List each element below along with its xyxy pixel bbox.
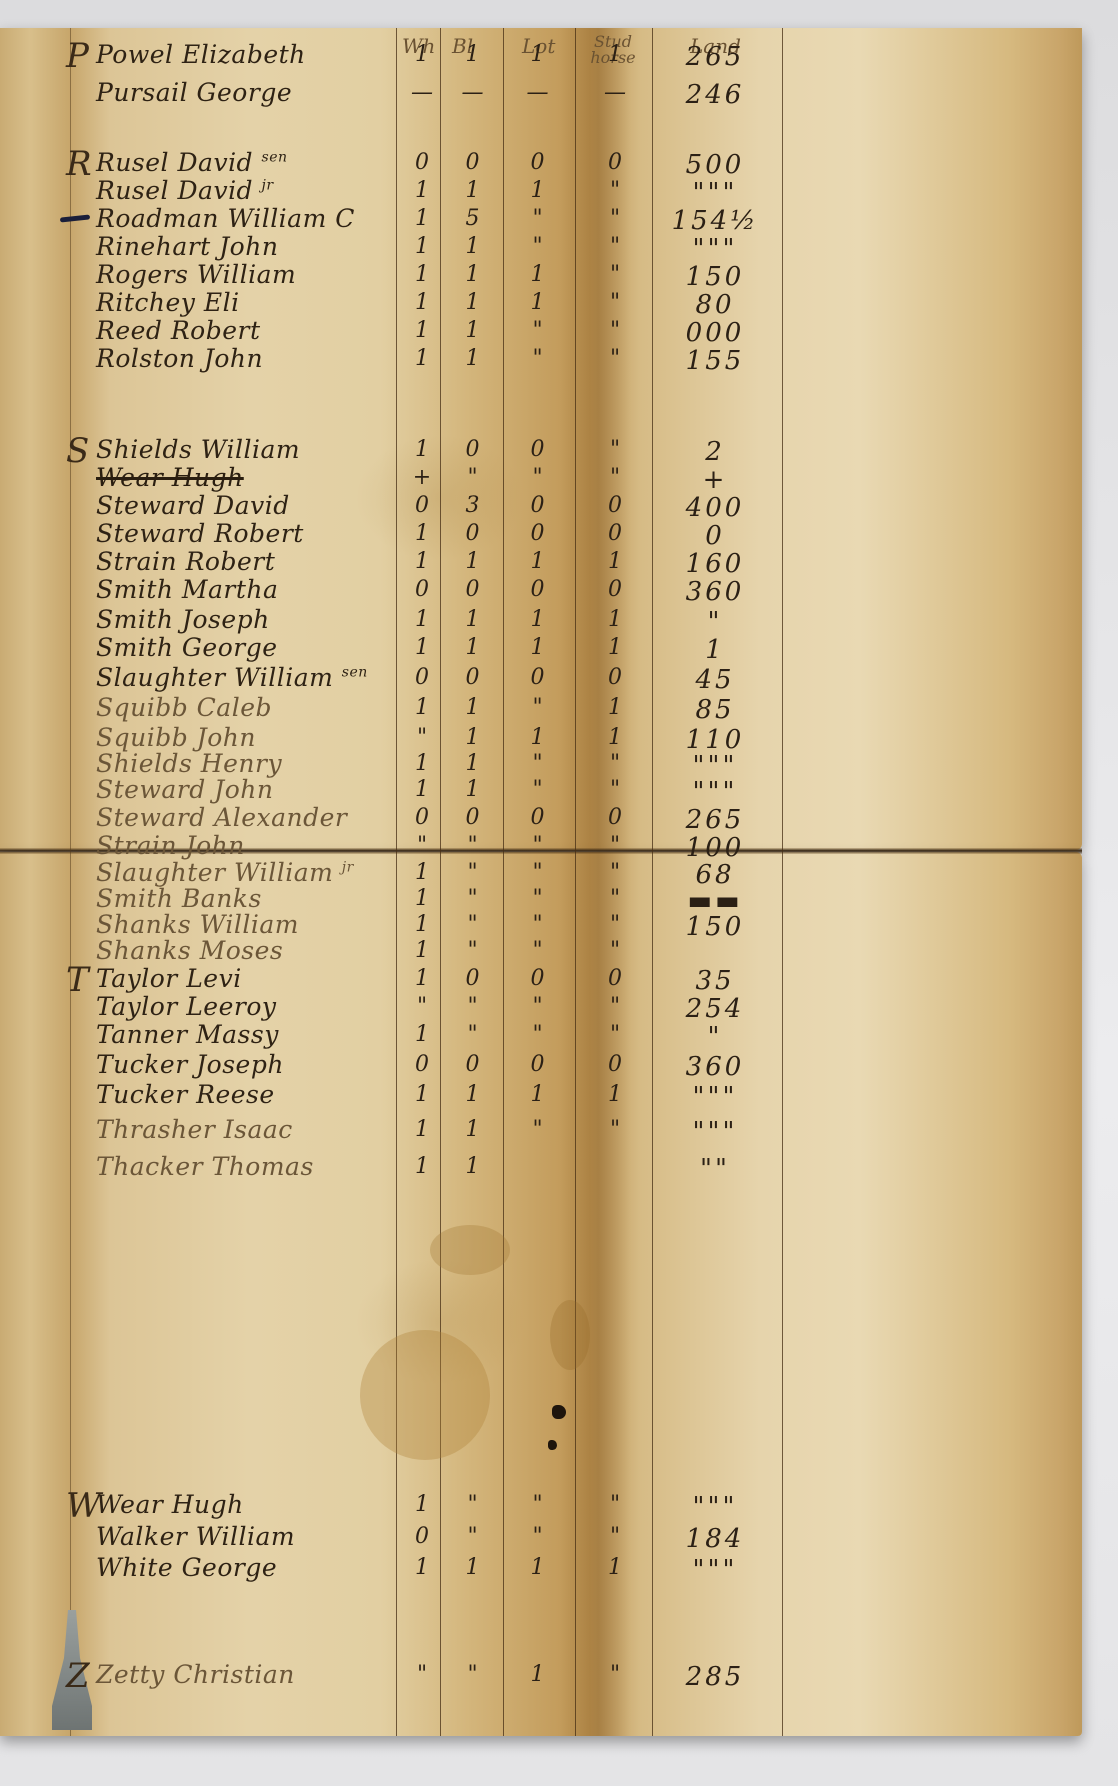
cell-wh: 1 — [402, 290, 442, 315]
cell-lot: " — [510, 886, 565, 911]
cell-lot: 0 — [510, 437, 565, 462]
name-text: Rinehart John — [96, 232, 278, 261]
cell-stud-horse: " — [585, 262, 645, 287]
cell-stud-horse: " — [585, 1662, 645, 1687]
taxpayer-name: Rusel David jr — [96, 176, 274, 205]
cell-land: 265 — [660, 42, 770, 72]
cell-wh: 1 — [402, 1154, 442, 1179]
cell-stud-horse: 1 — [585, 635, 645, 660]
cell-bl: " — [445, 465, 500, 490]
cell-bl: 0 — [445, 805, 500, 830]
taxpayer-name: Tucker Reese — [96, 1080, 275, 1109]
ledger-row: Smith Joseph 1111" — [0, 605, 1082, 633]
cell-lot: 0 — [510, 577, 565, 602]
cell-wh: 1 — [402, 695, 442, 720]
cell-bl: " — [445, 1022, 500, 1047]
cell-lot: 1 — [510, 607, 565, 632]
cell-bl: 1 — [445, 1117, 500, 1142]
cell-stud-horse: " — [585, 290, 645, 315]
cell-lot: 0 — [510, 805, 565, 830]
cell-lot: 1 — [510, 290, 565, 315]
cell-bl: 0 — [445, 437, 500, 462]
cell-stud-horse: 1 — [585, 1555, 645, 1580]
name-text: Shields William — [96, 435, 300, 464]
cell-wh: " — [402, 1662, 442, 1687]
cell-wh: " — [402, 725, 442, 750]
cell-stud-horse: 0 — [585, 665, 645, 690]
name-text: Strain John — [96, 831, 245, 860]
cell-lot: " — [510, 912, 565, 937]
name-text: Taylor Levi — [96, 964, 242, 993]
ink-blot — [548, 1440, 557, 1450]
cell-stud-horse: " — [585, 938, 645, 963]
ledger-row: Roadman William C 15""154½ — [0, 204, 1082, 232]
taxpayer-name: Smith Banks — [96, 884, 262, 913]
ledger-row: Tucker Reese 1111""" — [0, 1080, 1082, 1108]
ledger-row: Walker William 0"""184 — [0, 1522, 1082, 1550]
name-suffix: sen — [262, 150, 288, 166]
name-text: Shields Henry — [96, 749, 282, 778]
name-text: Wear Hugh — [96, 463, 244, 492]
cell-stud-horse: 1 — [585, 695, 645, 720]
ledger-row: Thacker Thomas 11"" — [0, 1152, 1082, 1180]
cell-bl: " — [445, 938, 500, 963]
cell-bl: 0 — [445, 150, 500, 175]
alphabet-section-letter: P — [66, 36, 89, 76]
name-text: Squibb Caleb — [96, 693, 272, 722]
ledger-row: Smith Banks 1"""▬▬ — [0, 884, 1082, 912]
cell-wh: 1 — [402, 1022, 442, 1047]
name-text: Slaughter William — [96, 858, 333, 887]
name-text: Roadman William C — [96, 204, 355, 233]
cell-stud-horse: 0 — [585, 805, 645, 830]
cell-lot: " — [510, 1524, 565, 1549]
ledger-row: Thrasher Isaac 11""""" — [0, 1115, 1082, 1143]
name-text: Rolston John — [96, 344, 263, 373]
cell-lot: " — [510, 1022, 565, 1047]
cell-wh: 1 — [402, 549, 442, 574]
cell-stud-horse: 0 — [585, 150, 645, 175]
ledger-row: Taylor Leeroy """"254 — [0, 992, 1082, 1020]
cell-stud-horse: " — [585, 465, 645, 490]
cell-bl: 1 — [445, 1082, 500, 1107]
ledger-row: Pursail George ————246 — [0, 78, 1082, 106]
ink-marker-dash — [60, 214, 90, 222]
cell-bl: 1 — [445, 42, 500, 67]
cell-lot: " — [510, 751, 565, 776]
cell-stud-horse: " — [585, 994, 645, 1019]
cell-wh: 1 — [402, 262, 442, 287]
ledger-row: Slaughter William sen000045 — [0, 663, 1082, 691]
ledger-row: Steward John 11""""" — [0, 775, 1082, 803]
taxpayer-name: Roadman William C — [96, 204, 355, 233]
cell-wh: 1 — [402, 1117, 442, 1142]
name-suffix: sen — [342, 665, 368, 681]
cell-bl: — — [445, 80, 500, 105]
cell-bl: " — [445, 860, 500, 885]
cell-bl: 1 — [445, 725, 500, 750]
cell-stud-horse: " — [585, 751, 645, 776]
cell-stud-horse: " — [585, 1492, 645, 1517]
cell-bl: " — [445, 1524, 500, 1549]
name-text: Steward Alexander — [96, 803, 347, 832]
cell-lot: 1 — [510, 42, 565, 67]
cell-wh: 1 — [402, 346, 442, 371]
name-text: Smith Joseph — [96, 605, 270, 634]
cell-bl: 1 — [445, 751, 500, 776]
ledger-row: Shields Henry 11""""" — [0, 749, 1082, 777]
taxpayer-name: Shields Henry — [96, 749, 282, 778]
cell-lot: " — [510, 346, 565, 371]
name-text: Taylor Leeroy — [96, 992, 277, 1021]
ledger-row: Rogers William 111"150 — [0, 260, 1082, 288]
name-text: Tucker Joseph — [96, 1050, 284, 1079]
cell-lot: 1 — [510, 635, 565, 660]
cell-stud-horse: 0 — [585, 521, 645, 546]
cell-stud-horse: " — [585, 1117, 645, 1142]
cell-land: 360 — [660, 577, 770, 607]
cell-lot: 0 — [510, 1052, 565, 1077]
water-stain — [360, 1330, 490, 1460]
ledger-row: White George 1111""" — [0, 1553, 1082, 1581]
cell-lot: " — [510, 206, 565, 231]
cell-land: """ — [660, 1555, 770, 1585]
cell-wh: 1 — [402, 635, 442, 660]
cell-bl: 0 — [445, 665, 500, 690]
cell-wh: 0 — [402, 665, 442, 690]
cell-bl: 1 — [445, 635, 500, 660]
cell-lot: — — [510, 80, 565, 105]
taxpayer-name: Steward David — [96, 491, 290, 520]
cell-land: 285 — [660, 1662, 770, 1692]
cell-bl: 1 — [445, 549, 500, 574]
cell-lot: " — [510, 833, 565, 858]
cell-wh: " — [402, 994, 442, 1019]
cell-land: 155 — [660, 346, 770, 376]
cell-wh: + — [402, 465, 442, 490]
cell-stud-horse: " — [585, 886, 645, 911]
cell-lot: 1 — [510, 1555, 565, 1580]
name-text: Thrasher Isaac — [96, 1115, 293, 1144]
ledger-row: Rusel David jr111"""" — [0, 176, 1082, 204]
name-text: Strain Robert — [96, 547, 275, 576]
taxpayer-name: Squibb John — [96, 723, 256, 752]
name-text: Zetty Christian — [96, 1660, 295, 1689]
taxpayer-name: White George — [96, 1553, 277, 1582]
cell-bl: 1 — [445, 318, 500, 343]
cell-stud-horse: " — [585, 1524, 645, 1549]
cell-lot: 0 — [510, 521, 565, 546]
taxpayer-name: Tucker Joseph — [96, 1050, 284, 1079]
cell-bl: " — [445, 1662, 500, 1687]
cell-wh: 1 — [402, 1492, 442, 1517]
cell-wh: 1 — [402, 234, 442, 259]
name-text: Smith Banks — [96, 884, 262, 913]
cell-land: " — [660, 1022, 770, 1052]
cell-land: 246 — [660, 80, 770, 110]
cell-stud-horse: 0 — [585, 966, 645, 991]
cell-stud-horse: 1 — [585, 549, 645, 574]
taxpayer-name: Reed Robert — [96, 316, 261, 345]
cell-bl: 0 — [445, 577, 500, 602]
taxpayer-name: Rinehart John — [96, 232, 278, 261]
cell-stud-horse: " — [585, 860, 645, 885]
cell-bl: 1 — [445, 695, 500, 720]
taxpayer-name: Strain Robert — [96, 547, 275, 576]
cell-land: """ — [660, 1117, 770, 1147]
cell-bl: 1 — [445, 607, 500, 632]
cell-lot: 0 — [510, 150, 565, 175]
cell-stud-horse: 1 — [585, 1082, 645, 1107]
cell-bl: 0 — [445, 1052, 500, 1077]
name-text: Rogers William — [96, 260, 296, 289]
ledger-row: Shanks Moses 1""" — [0, 936, 1082, 964]
cell-bl: 1 — [445, 1555, 500, 1580]
taxpayer-name: Rolston John — [96, 344, 263, 373]
cell-lot: 0 — [510, 966, 565, 991]
name-text: Tucker Reese — [96, 1080, 275, 1109]
name-text: Squibb John — [96, 723, 256, 752]
ledger-row: Reed Robert 11""000 — [0, 316, 1082, 344]
name-text: Wear Hugh — [96, 1490, 244, 1519]
taxpayer-name: Squibb Caleb — [96, 693, 272, 722]
cell-stud-horse: 1 — [585, 725, 645, 750]
ledger-row: Tucker Joseph 0000360 — [0, 1050, 1082, 1078]
cell-lot: " — [510, 465, 565, 490]
ledger-row: Strain Robert 1111160 — [0, 547, 1082, 575]
name-text: Tanner Massy — [96, 1020, 279, 1049]
cell-land: 360 — [660, 1052, 770, 1082]
cell-bl: 1 — [445, 178, 500, 203]
taxpayer-name: Strain John — [96, 831, 245, 860]
cell-lot: 1 — [510, 262, 565, 287]
name-text: Shanks Moses — [96, 936, 283, 965]
taxpayer-name: Zetty Christian — [96, 1660, 295, 1689]
cell-bl: " — [445, 912, 500, 937]
taxpayer-name: Ritchey Eli — [96, 288, 240, 317]
cell-bl: " — [445, 994, 500, 1019]
alphabet-section-letter: Z — [66, 1656, 90, 1696]
cell-land: 85 — [660, 695, 770, 725]
ledger-row: Shanks William 1"""150 — [0, 910, 1082, 938]
cell-wh: 1 — [402, 178, 442, 203]
cell-bl: 1 — [445, 262, 500, 287]
cell-stud-horse: 0 — [585, 577, 645, 602]
taxpayer-name: Smith Martha — [96, 575, 278, 604]
taxpayer-name: Rogers William — [96, 260, 296, 289]
cell-bl: 1 — [445, 777, 500, 802]
cell-lot: 1 — [510, 549, 565, 574]
cell-bl: 0 — [445, 521, 500, 546]
ledger-row: Slaughter William jr1"""68 — [0, 858, 1082, 886]
cell-wh: 1 — [402, 206, 442, 231]
ledger-row: Ritchey Eli 111"80 — [0, 288, 1082, 316]
taxpayer-name: Tanner Massy — [96, 1020, 279, 1049]
cell-bl: 1 — [445, 1154, 500, 1179]
cell-stud-horse: " — [585, 234, 645, 259]
name-suffix: jr — [262, 178, 274, 194]
cell-lot: " — [510, 994, 565, 1019]
cell-wh: " — [402, 833, 442, 858]
taxpayer-name: Smith Joseph — [96, 605, 270, 634]
cell-wh: 1 — [402, 521, 442, 546]
ink-blot — [552, 1405, 566, 1419]
taxpayer-name: Smith George — [96, 633, 278, 662]
cell-lot: 0 — [510, 493, 565, 518]
cell-stud-horse: " — [585, 1022, 645, 1047]
name-text: Ritchey Eli — [96, 288, 240, 317]
cell-bl: 1 — [445, 234, 500, 259]
name-text: Slaughter William — [96, 663, 333, 692]
cell-land: "" — [660, 1154, 770, 1184]
cell-wh: 0 — [402, 1524, 442, 1549]
cell-stud-horse: " — [585, 178, 645, 203]
cell-lot: 1 — [510, 178, 565, 203]
name-text: Walker William — [96, 1522, 295, 1551]
cell-stud-horse: " — [585, 777, 645, 802]
cell-stud-horse: " — [585, 437, 645, 462]
ledger-row: ZZetty Christian ""1"285 — [0, 1660, 1082, 1688]
cell-bl: 5 — [445, 206, 500, 231]
taxpayer-name: Taylor Levi — [96, 964, 242, 993]
cell-wh: 0 — [402, 493, 442, 518]
taxpayer-name: Pursail George — [96, 78, 292, 107]
ledger-row: Rinehart John 11""""" — [0, 232, 1082, 260]
cell-wh: 0 — [402, 150, 442, 175]
cell-bl: 1 — [445, 346, 500, 371]
cell-land: 1 — [660, 635, 770, 665]
taxpayer-name: Powel Elizabeth — [96, 40, 306, 69]
name-text: Shanks William — [96, 910, 299, 939]
cell-stud-horse: 1 — [585, 42, 645, 67]
ledger-row: TTaylor Levi 100035 — [0, 964, 1082, 992]
cell-land: 45 — [660, 665, 770, 695]
ledger-row: PPowel Elizabeth 1111265 — [0, 40, 1082, 68]
name-text: Smith Martha — [96, 575, 278, 604]
cell-lot: 0 — [510, 665, 565, 690]
cell-stud-horse: 0 — [585, 493, 645, 518]
taxpayer-name: Thacker Thomas — [96, 1152, 314, 1181]
cell-wh: — — [402, 80, 442, 105]
cell-wh: 1 — [402, 966, 442, 991]
cell-wh: 1 — [402, 912, 442, 937]
name-text: Powel Elizabeth — [96, 40, 306, 69]
taxpayer-name: Taylor Leeroy — [96, 992, 277, 1021]
cell-wh: 1 — [402, 938, 442, 963]
cell-stud-horse: 1 — [585, 607, 645, 632]
cell-stud-horse: " — [585, 206, 645, 231]
taxpayer-name: Wear Hugh — [96, 463, 244, 492]
taxpayer-name: Slaughter William sen — [96, 663, 368, 692]
ledger-row: Smith George 11111 — [0, 633, 1082, 661]
cell-bl: 0 — [445, 966, 500, 991]
cell-stud-horse: " — [585, 833, 645, 858]
name-text: Smith George — [96, 633, 278, 662]
cell-bl: " — [445, 1492, 500, 1517]
cell-lot: 1 — [510, 725, 565, 750]
cell-wh: 1 — [402, 42, 442, 67]
name-text: Rusel David — [96, 148, 253, 177]
cell-bl: " — [445, 886, 500, 911]
cell-lot: " — [510, 777, 565, 802]
cell-lot: " — [510, 1117, 565, 1142]
cell-wh: 0 — [402, 1052, 442, 1077]
cell-lot: 1 — [510, 1662, 565, 1687]
ledger-row: Tanner Massy 1"""" — [0, 1020, 1082, 1048]
name-text: White George — [96, 1553, 277, 1582]
taxpayer-name: Shanks William — [96, 910, 299, 939]
taxpayer-name: Steward Alexander — [96, 803, 347, 832]
cell-land: 184 — [660, 1524, 770, 1554]
cell-lot: 1 — [510, 1082, 565, 1107]
taxpayer-name: Thrasher Isaac — [96, 1115, 293, 1144]
ledger-row: Strain John """"100 — [0, 831, 1082, 859]
cell-lot: " — [510, 234, 565, 259]
water-stain — [550, 1300, 590, 1370]
name-text: Steward David — [96, 491, 290, 520]
cell-land: """ — [660, 1492, 770, 1522]
ledger-row: Squibb John "111110 — [0, 723, 1082, 751]
cell-wh: 1 — [402, 751, 442, 776]
cell-lot: " — [510, 1492, 565, 1517]
ledger-row: Rolston John 11""155 — [0, 344, 1082, 372]
cell-wh: 1 — [402, 437, 442, 462]
ledger-row: RRusel David sen0000500 — [0, 148, 1082, 176]
cell-wh: 1 — [402, 860, 442, 885]
cell-stud-horse: — — [585, 80, 645, 105]
ledger-row: Squibb Caleb 11"185 — [0, 693, 1082, 721]
cell-wh: 0 — [402, 577, 442, 602]
cell-wh: 1 — [402, 1555, 442, 1580]
cell-lot: " — [510, 938, 565, 963]
taxpayer-name: Rusel David sen — [96, 148, 288, 177]
cell-wh: 1 — [402, 607, 442, 632]
cell-bl: 3 — [445, 493, 500, 518]
taxpayer-name: Slaughter William jr — [96, 858, 354, 887]
cell-lot: " — [510, 860, 565, 885]
ledger-row: Steward Robert 10000 — [0, 519, 1082, 547]
ledger-row: WWear Hugh 1"""""" — [0, 1490, 1082, 1518]
name-text: Reed Robert — [96, 316, 261, 345]
cell-stud-horse: " — [585, 318, 645, 343]
water-stain — [430, 1225, 510, 1275]
cell-bl: 1 — [445, 290, 500, 315]
cell-wh: 1 — [402, 1082, 442, 1107]
ledger-row: Steward Alexander 0000265 — [0, 803, 1082, 831]
cell-stud-horse: " — [585, 346, 645, 371]
name-text: Steward John — [96, 775, 273, 804]
taxpayer-name: Steward John — [96, 775, 273, 804]
name-suffix: jr — [342, 860, 354, 876]
taxpayer-name: Shields William — [96, 435, 300, 464]
ledger-row: Wear Hugh +"""+ — [0, 463, 1082, 491]
cell-stud-horse: " — [585, 912, 645, 937]
taxpayer-name: Walker William — [96, 1522, 295, 1551]
cell-wh: 1 — [402, 886, 442, 911]
name-text: Steward Robert — [96, 519, 304, 548]
ledger-row: Steward David 0300400 — [0, 491, 1082, 519]
name-text: Pursail George — [96, 78, 292, 107]
cell-wh: 0 — [402, 805, 442, 830]
ledger-row: SShields William 100"2 — [0, 435, 1082, 463]
cell-lot: " — [510, 695, 565, 720]
ledger-row: Smith Martha 0000360 — [0, 575, 1082, 603]
cell-bl: " — [445, 833, 500, 858]
cell-wh: 1 — [402, 777, 442, 802]
name-text: Thacker Thomas — [96, 1152, 314, 1181]
cell-wh: 1 — [402, 318, 442, 343]
cell-stud-horse: 0 — [585, 1052, 645, 1077]
